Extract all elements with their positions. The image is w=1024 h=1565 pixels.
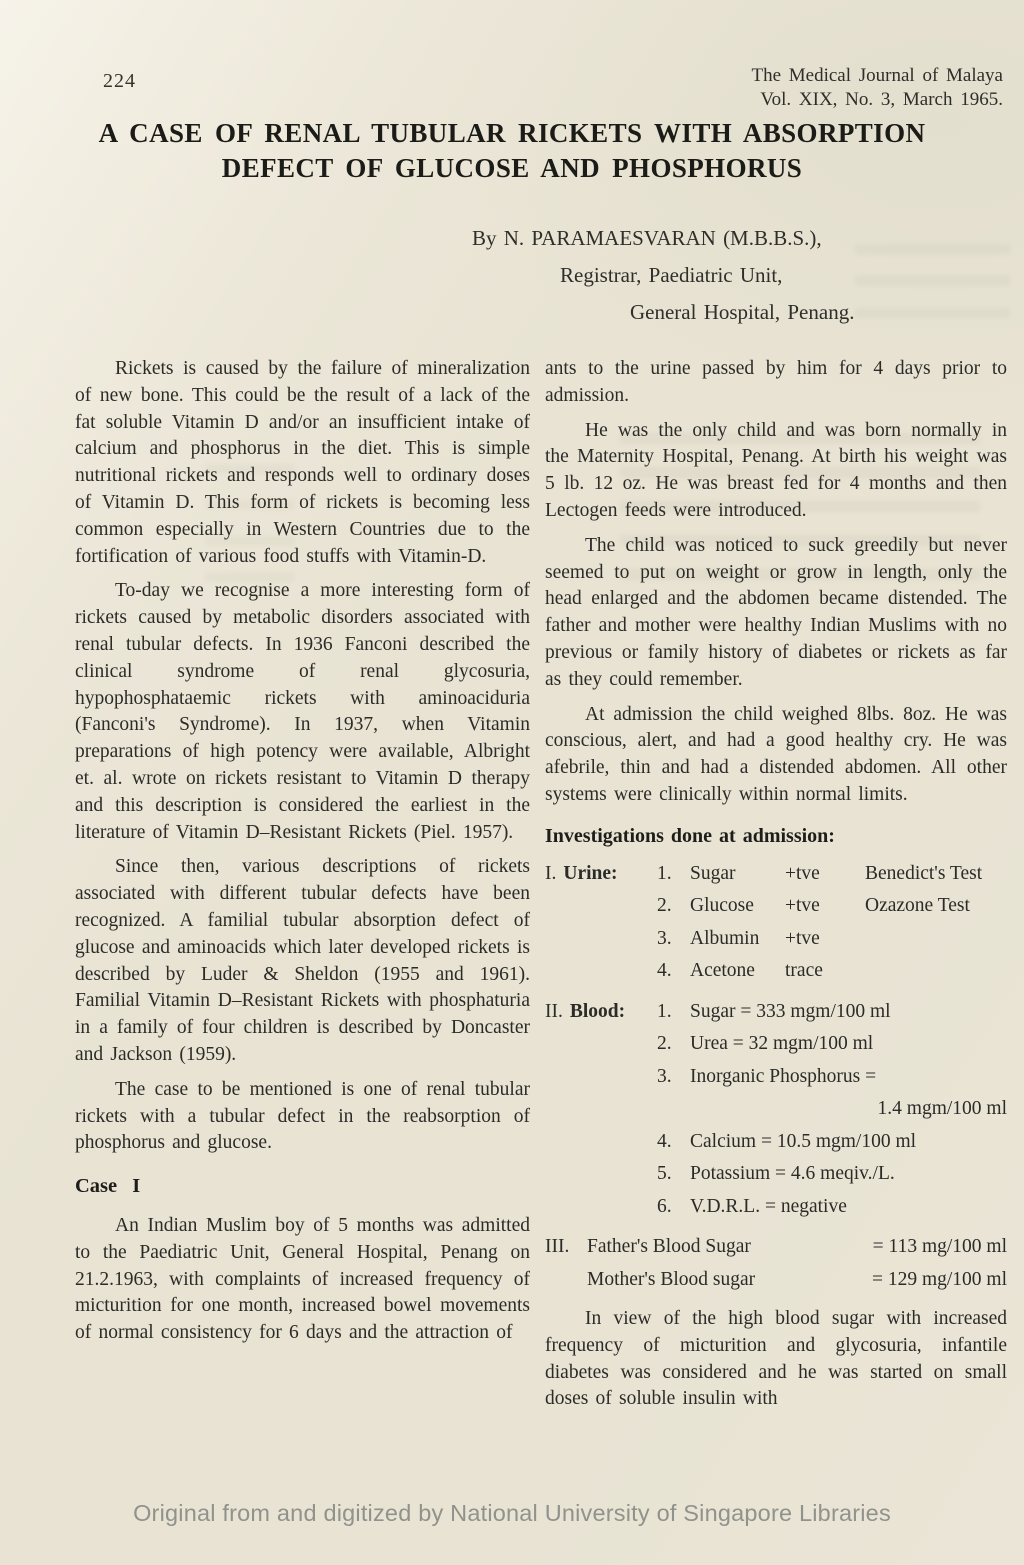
item-name: Acetone — [690, 955, 785, 988]
urine-section: I.Urine: 1. Sugar +tve Benedict's Test 2… — [545, 858, 1007, 988]
item-result: trace — [785, 955, 865, 988]
urine-row: 2. Glucose +tve Ozazone Test — [545, 890, 1007, 923]
section-label: I.Urine: — [545, 858, 657, 891]
section-label-spacer — [545, 1061, 657, 1094]
parent-result-row: III. Father's Blood Sugar = 113 mg/100 m… — [545, 1231, 1007, 1264]
paragraph: The case to be mentioned is one of renal… — [75, 1077, 530, 1157]
article-body: Rickets is caused by the failure of mine… — [75, 356, 1007, 1421]
parent-test-value: = 113 mg/100 ml — [873, 1231, 1007, 1264]
section-label-spacer — [545, 1126, 657, 1159]
item-test: Benedict's Test — [865, 858, 1007, 891]
paragraph: Since then, various descriptions of rick… — [75, 854, 530, 1068]
blood-section: II.Blood: 1. Sugar = 333 mgm/100 ml 2. U… — [545, 996, 1007, 1224]
item-number: 6. — [657, 1191, 690, 1224]
print-bleedthrough-artifact — [855, 238, 1010, 318]
item-test — [865, 923, 1007, 956]
digitization-credit: Original from and digitized by National … — [0, 1500, 1024, 1527]
item-text: V.D.R.L. = negative — [690, 1191, 1007, 1224]
section-label-spacer — [545, 890, 657, 923]
parent-result-row: Mother's Blood sugar = 129 mg/100 ml — [545, 1264, 1007, 1297]
item-number: 1. — [657, 858, 690, 891]
item-number: 3. — [657, 1061, 690, 1094]
item-test: Ozazone Test — [865, 890, 1007, 923]
item-text-continued: 1.4 mgm/100 ml — [690, 1093, 1007, 1126]
article-title: A CASE OF RENAL TUBULAR RICKETS WITH ABS… — [0, 116, 1024, 186]
section-label-spacer — [545, 1158, 657, 1191]
item-text: Urea = 32 mgm/100 ml — [690, 1028, 1007, 1061]
section-label-spacer — [545, 955, 657, 988]
item-number: 4. — [657, 1126, 690, 1159]
paragraph: An Indian Muslim boy of 5 months was adm… — [75, 1213, 530, 1347]
section-numeral: III. — [545, 1231, 587, 1264]
item-text: Potassium = 4.6 meqiv./L. — [690, 1158, 1007, 1191]
item-number: 4. — [657, 955, 690, 988]
left-column: Rickets is caused by the failure of mine… — [75, 356, 530, 1421]
item-number: 3. — [657, 923, 690, 956]
item-test — [865, 955, 1007, 988]
item-name: Glucose — [690, 890, 785, 923]
parent-test-name: Father's Blood Sugar — [587, 1231, 873, 1264]
item-text: Sugar = 333 mgm/100 ml — [690, 996, 1007, 1029]
blood-row: II.Blood: 1. Sugar = 333 mgm/100 ml — [545, 996, 1007, 1029]
item-number: 1. — [657, 996, 690, 1029]
section-numeral: I. — [545, 863, 556, 884]
urine-row: 4. Acetone trace — [545, 955, 1007, 988]
case-heading: Case I — [75, 1173, 530, 1200]
item-result: +tve — [785, 923, 865, 956]
blood-row: 5. Potassium = 4.6 meqiv./L. — [545, 1158, 1007, 1191]
right-column: ants to the urine passed by him for 4 da… — [545, 356, 1007, 1421]
blood-row: 4. Calcium = 10.5 mgm/100 ml — [545, 1126, 1007, 1159]
article-title-line2: DEFECT OF GLUCOSE AND PHOSPHORUS — [0, 151, 1024, 186]
urine-row: 3. Albumin +tve — [545, 923, 1007, 956]
author-name: By N. PARAMAESVARAN (M.B.B.S.), — [472, 220, 854, 257]
journal-name: The Medical Journal of Malaya — [751, 64, 1003, 88]
item-text: Inorganic Phosphorus = — [690, 1061, 1007, 1094]
section-name: Blood: — [570, 1001, 625, 1022]
section-label-spacer — [545, 923, 657, 956]
paragraph: He was the only child and was born norma… — [545, 418, 1007, 525]
item-number: 5. — [657, 1158, 690, 1191]
parent-test-name: Mother's Blood sugar — [587, 1264, 872, 1297]
parents-blood-sugar-section: III. Father's Blood Sugar = 113 mg/100 m… — [545, 1231, 1007, 1296]
investigations-heading: Investigations done at admission: — [545, 823, 1007, 850]
author-institution: General Hospital, Penang. — [630, 294, 854, 331]
journal-volume-date: Vol. XIX, No. 3, March 1965. — [751, 88, 1003, 112]
paragraph: To-day we recognise a more interesting f… — [75, 578, 530, 846]
item-result: +tve — [785, 858, 865, 891]
section-label-spacer — [545, 1028, 657, 1061]
page-number: 224 — [103, 70, 136, 93]
item-name: Albumin — [690, 923, 785, 956]
item-number: 2. — [657, 890, 690, 923]
urine-row: I.Urine: 1. Sugar +tve Benedict's Test — [545, 858, 1007, 891]
blood-row: 3. Inorganic Phosphorus = — [545, 1061, 1007, 1094]
journal-reference: The Medical Journal of Malaya Vol. XIX, … — [751, 64, 1003, 112]
section-label: II.Blood: — [545, 996, 657, 1029]
paragraph: ants to the urine passed by him for 4 da… — [545, 356, 1007, 410]
item-number-spacer — [657, 1093, 690, 1126]
section-label-spacer — [545, 1191, 657, 1224]
item-name: Sugar — [690, 858, 785, 891]
paragraph: Rickets is caused by the failure of mine… — [75, 356, 530, 570]
paragraph: At admission the child weighed 8lbs. 8oz… — [545, 702, 1007, 809]
blood-row: 6. V.D.R.L. = negative — [545, 1191, 1007, 1224]
article-title-line1: A CASE OF RENAL TUBULAR RICKETS WITH ABS… — [0, 116, 1024, 151]
byline: By N. PARAMAESVARAN (M.B.B.S.), Registra… — [472, 220, 854, 331]
item-number: 2. — [657, 1028, 690, 1061]
item-result: +tve — [785, 890, 865, 923]
parent-test-value: = 129 mg/100 ml — [872, 1264, 1007, 1297]
paragraph: The child was noticed to suck greedily b… — [545, 533, 1007, 694]
section-numeral-spacer — [545, 1264, 587, 1297]
blood-row: 2. Urea = 32 mgm/100 ml — [545, 1028, 1007, 1061]
author-role: Registrar, Paediatric Unit, — [560, 257, 854, 294]
section-numeral: II. — [545, 1001, 563, 1022]
journal-page-scan: 224 The Medical Journal of Malaya Vol. X… — [0, 0, 1024, 1565]
paragraph: In view of the high blood sugar with inc… — [545, 1306, 1007, 1413]
section-name: Urine: — [563, 863, 617, 884]
section-label-spacer — [545, 1093, 657, 1126]
item-text: Calcium = 10.5 mgm/100 ml — [690, 1126, 1007, 1159]
blood-row-wrap: 1.4 mgm/100 ml — [545, 1093, 1007, 1126]
